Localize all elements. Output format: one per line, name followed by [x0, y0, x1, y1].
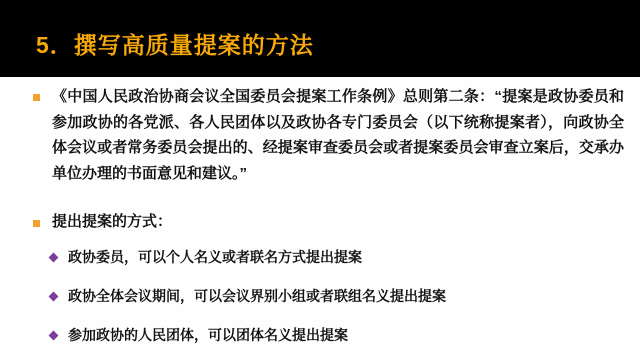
- diamond-bullet-icon: [49, 331, 59, 341]
- sub-bullet-item: 政协全体会议期间，可以会议界别小组或者联组名义提出提案: [50, 287, 624, 305]
- bullet-text: 《中国人民政治协商会议全国委员会提案工作条例》总则第二条：“提案是政协委员和参加…: [52, 84, 624, 186]
- sub-bullet-item: 参加政协的人民团体，可以团体名义提出提案: [50, 326, 624, 344]
- slide-header-band: 5．撰写高质量提案的方法: [0, 0, 640, 77]
- sub-bullet-text: 政协全体会议期间，可以会议界别小组或者联组名义提出提案: [68, 287, 446, 305]
- bullet-item: 提出提案的方式：: [33, 212, 624, 231]
- sub-bullet-list: 政协委员，可以个人名义或者联名方式提出提案 政协全体会议期间，可以会议界别小组或…: [50, 248, 624, 344]
- presentation-slide: 5．撰写高质量提案的方法 《中国人民政治协商会议全国委员会提案工作条例》总则第二…: [0, 0, 640, 360]
- slide-body: 《中国人民政治协商会议全国委员会提案工作条例》总则第二条：“提案是政协委员和参加…: [0, 77, 640, 360]
- diamond-bullet-icon: [49, 292, 59, 302]
- bullet-item: 《中国人民政治协商会议全国委员会提案工作条例》总则第二条：“提案是政协委员和参加…: [33, 86, 624, 186]
- square-bullet-icon: [33, 220, 40, 227]
- sub-bullet-text: 参加政协的人民团体，可以团体名义提出提案: [68, 326, 348, 344]
- square-bullet-icon: [33, 94, 40, 101]
- sub-bullet-text: 政协委员，可以个人名义或者联名方式提出提案: [68, 248, 362, 266]
- slide-title: 5．撰写高质量提案的方法: [36, 27, 314, 60]
- bullet-text: 提出提案的方式：: [52, 212, 172, 231]
- diamond-bullet-icon: [49, 253, 59, 263]
- sub-bullet-item: 政协委员，可以个人名义或者联名方式提出提案: [50, 248, 624, 266]
